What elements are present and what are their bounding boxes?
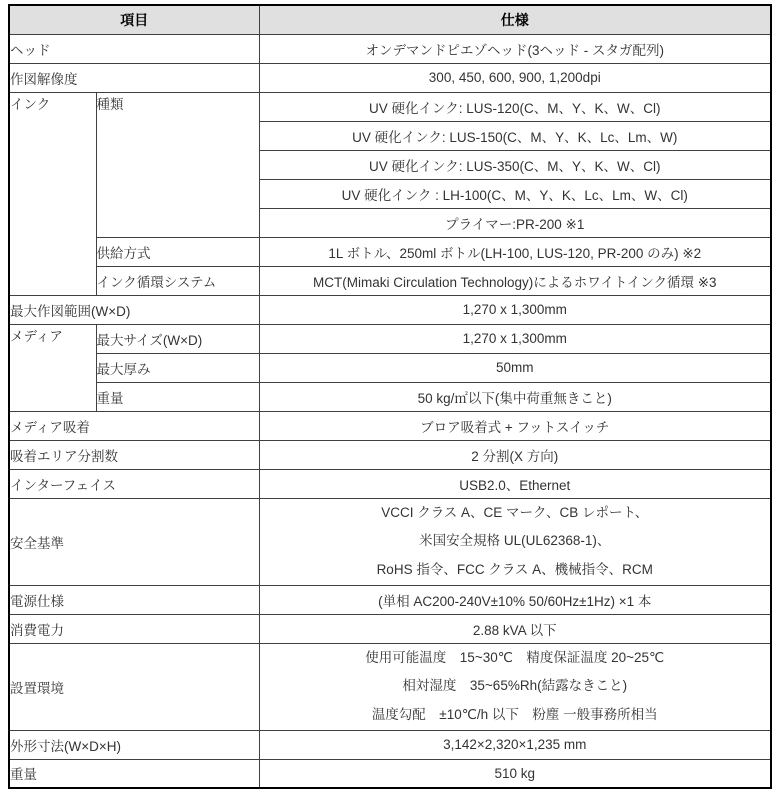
item-label-cell: 作図解像度 [9, 63, 259, 92]
item-label-cell: 電源仕様 [9, 585, 259, 614]
item-label-cell: メディア吸着 [9, 411, 259, 440]
spec-value-cell: 510 kg [259, 759, 771, 788]
item-label-cell: ヘッド [9, 34, 259, 63]
item-label-cell: 重量 [96, 382, 259, 411]
environment-line-1: 使用可能温度 15~30℃ 精度保証温度 20~25℃ [260, 644, 771, 673]
spec-value-cell: UV 硬化インク : LH-100(C、M、Y、K、Lc、Lm、W、Cl) [259, 179, 771, 208]
row-safety: 安全基準 VCCI クラス A、CE マーク、CB レポート、 米国安全規格 U… [9, 498, 771, 585]
spec-value-cell: ブロア吸着式 + フットスイッチ [259, 411, 771, 440]
spec-value-cell: 3,142×2,320×1,235 mm [259, 730, 771, 759]
row-ink-type-1: インク 種類 UV 硬化インク: LUS-120(C、M、Y、K、W、Cl) [9, 92, 771, 121]
item-label-cell: 設置環境 [9, 643, 259, 730]
ink-group-label-cell: インク [9, 92, 96, 295]
row-ink-supply: 供給方式 1L ボトル、250ml ボトル(LH-100, LUS-120, P… [9, 237, 771, 266]
safety-line-3: RoHS 指令、FCC クラス A、機械指令、RCM [260, 556, 771, 585]
item-label-cell: 吸着エリア分割数 [9, 440, 259, 469]
row-vacuum-zones: 吸着エリア分割数 2 分割(X 方向) [9, 440, 771, 469]
spec-value-cell: (単相 AC200-240V±10% 50/60Hz±1Hz) ×1 本 [259, 585, 771, 614]
safety-line-1: VCCI クラス A、CE マーク、CB レポート、 [260, 499, 771, 528]
spec-value-cell: オンデマンドピエゾヘッド(3ヘッド - スタガ配列) [259, 34, 771, 63]
item-label-cell: インターフェイス [9, 469, 259, 498]
spec-value-cell: 1,270 x 1,300mm [259, 295, 771, 324]
media-group-label-cell: メディア [9, 324, 96, 411]
spec-value-cell: 300, 450, 600, 900, 1,200dpi [259, 63, 771, 92]
safety-line-2: 米国安全規格 UL(UL62368-1)、 [260, 527, 771, 556]
environment-line-3: 温度勾配 ±10℃/h 以下 粉塵 一般事務所相当 [260, 701, 771, 730]
spec-value-cell: UV 硬化インク: LUS-150(C、M、Y、K、Lc、Lm、W) [259, 121, 771, 150]
spec-value-cell: 1L ボトル、250ml ボトル(LH-100, LUS-120, PR-200… [259, 237, 771, 266]
spec-value-cell: 2 分割(X 方向) [259, 440, 771, 469]
spec-value-cell: 使用可能温度 15~30℃ 精度保証温度 20~25℃ 相対湿度 35~65%R… [259, 643, 771, 730]
row-power-consumption: 消費電力 2.88 kVA 以下 [9, 614, 771, 643]
spec-value-cell: MCT(Mimaki Circulation Technology)によるホワイ… [259, 266, 771, 295]
spec-value-cell: 1,270 x 1,300mm [259, 324, 771, 353]
spec-value-cell: 50 kg/㎡以下(集中荷重無きこと) [259, 382, 771, 411]
spec-value-cell: USB2.0、Ethernet [259, 469, 771, 498]
item-label-cell: 最大作図範囲(W×D) [9, 295, 259, 324]
row-media-weight: 重量 50 kg/㎡以下(集中荷重無きこと) [9, 382, 771, 411]
row-environment: 設置環境 使用可能温度 15~30℃ 精度保証温度 20~25℃ 相対湿度 35… [9, 643, 771, 730]
environment-line-2: 相対湿度 35~65%Rh(結露なきこと) [260, 672, 771, 701]
header-item-cell: 項目 [9, 5, 259, 34]
spec-table: 項目 仕様 ヘッド オンデマンドピエゾヘッド(3ヘッド - スタガ配列) 作図解… [8, 4, 772, 789]
spec-table-container: 項目 仕様 ヘッド オンデマンドピエゾヘッド(3ヘッド - スタガ配列) 作図解… [0, 0, 777, 794]
row-media-max-size: メディア 最大サイズ(W×D) 1,270 x 1,300mm [9, 324, 771, 353]
row-media-max-thickness: 最大厚み 50mm [9, 353, 771, 382]
row-head: ヘッド オンデマンドピエゾヘッド(3ヘッド - スタガ配列) [9, 34, 771, 63]
ink-type-label-cell: 種類 [96, 92, 259, 237]
item-label-cell: 最大厚み [96, 353, 259, 382]
item-label-cell: 外形寸法(W×D×H) [9, 730, 259, 759]
item-label-cell: 重量 [9, 759, 259, 788]
row-max-print-area: 最大作図範囲(W×D) 1,270 x 1,300mm [9, 295, 771, 324]
item-label-cell: 消費電力 [9, 614, 259, 643]
item-label-cell: インク循環システム [96, 266, 259, 295]
row-interface: インターフェイス USB2.0、Ethernet [9, 469, 771, 498]
row-resolution: 作図解像度 300, 450, 600, 900, 1,200dpi [9, 63, 771, 92]
item-label-cell: 安全基準 [9, 498, 259, 585]
row-dimensions: 外形寸法(W×D×H) 3,142×2,320×1,235 mm [9, 730, 771, 759]
spec-value-cell: VCCI クラス A、CE マーク、CB レポート、 米国安全規格 UL(UL6… [259, 498, 771, 585]
item-label-cell: 供給方式 [96, 237, 259, 266]
row-power-spec: 電源仕様 (単相 AC200-240V±10% 50/60Hz±1Hz) ×1 … [9, 585, 771, 614]
spec-value-cell: 2.88 kVA 以下 [259, 614, 771, 643]
item-label-cell: 最大サイズ(W×D) [96, 324, 259, 353]
header-spec-cell: 仕様 [259, 5, 771, 34]
spec-value-cell: UV 硬化インク: LUS-350(C、M、Y、K、W、Cl) [259, 150, 771, 179]
row-ink-circulation: インク循環システム MCT(Mimaki Circulation Technol… [9, 266, 771, 295]
spec-value-cell: UV 硬化インク: LUS-120(C、M、Y、K、W、Cl) [259, 92, 771, 121]
row-weight: 重量 510 kg [9, 759, 771, 788]
spec-value-cell: プライマー:PR-200 ※1 [259, 208, 771, 237]
table-header-row: 項目 仕様 [9, 5, 771, 34]
spec-value-cell: 50mm [259, 353, 771, 382]
row-media-hold: メディア吸着 ブロア吸着式 + フットスイッチ [9, 411, 771, 440]
